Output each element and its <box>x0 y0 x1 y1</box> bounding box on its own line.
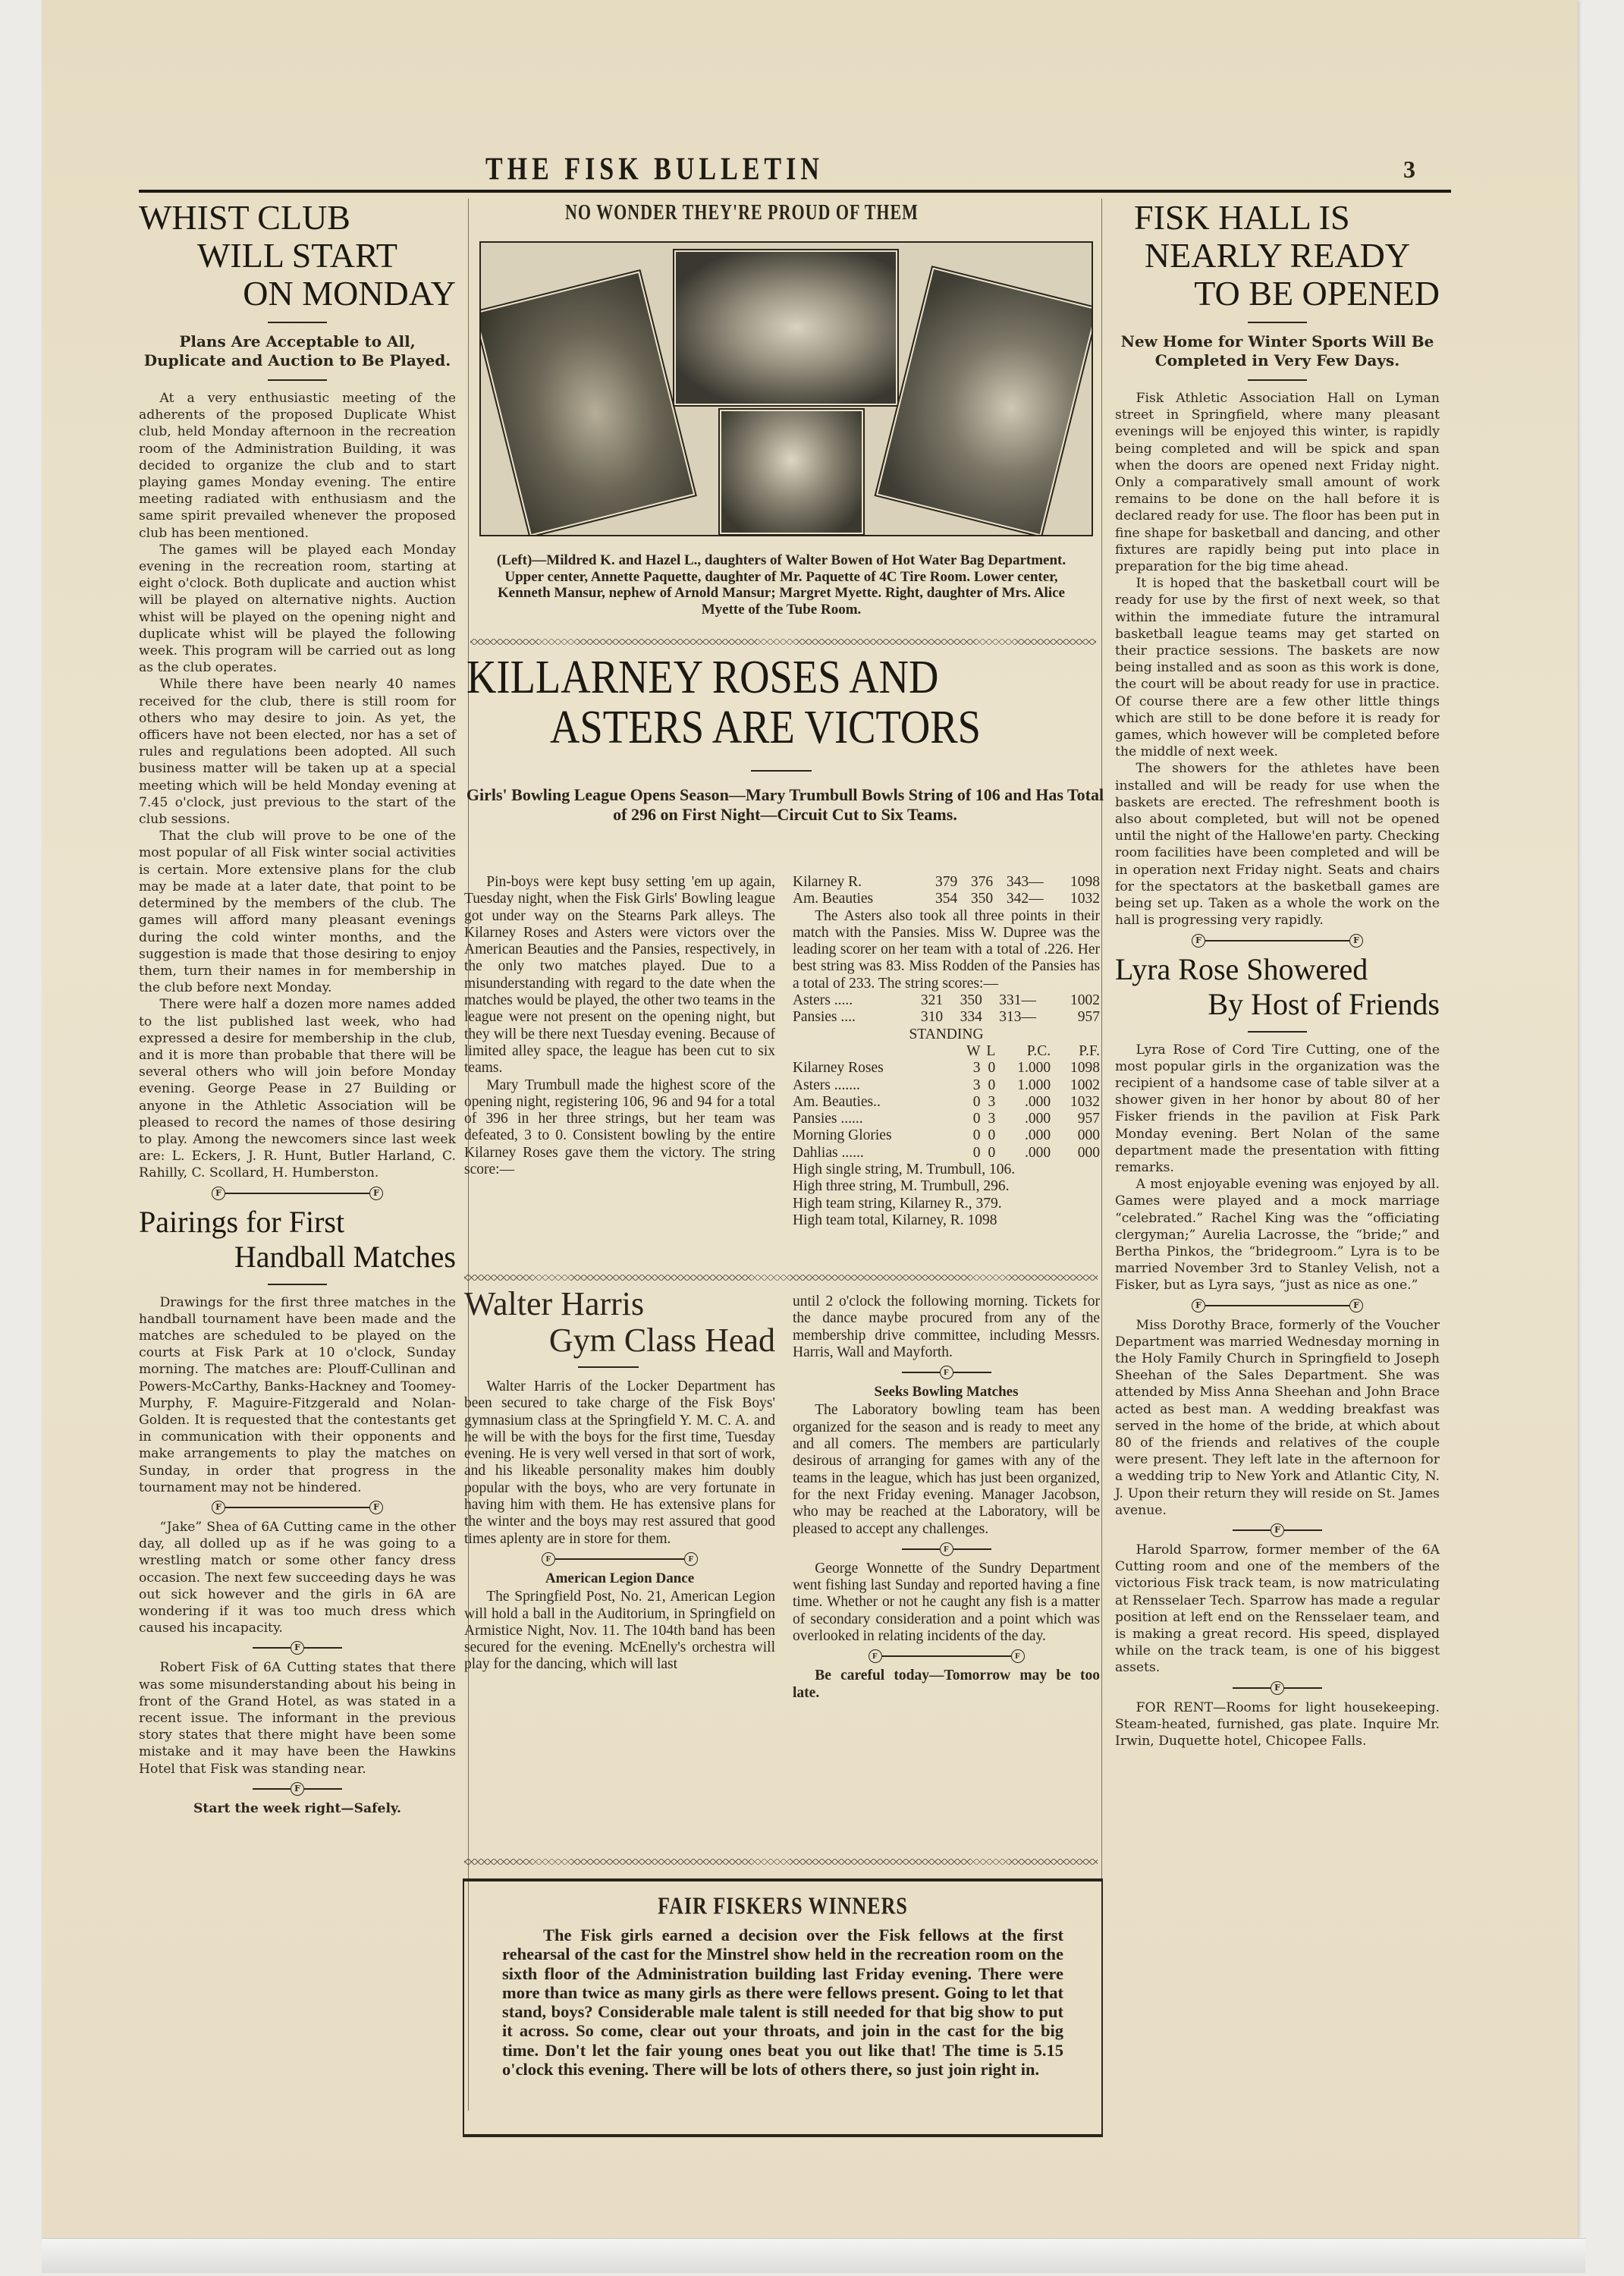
left-column: WHIST CLUB WILL START ON MONDAY Plans Ar… <box>139 199 456 1817</box>
table-row: Dahlias ......00.000000 <box>793 1145 1100 1162</box>
bowling-matches-headline: Seeks Bowling Matches <box>793 1384 1100 1400</box>
deck-rule <box>1248 379 1307 381</box>
page-number: 3 <box>1403 156 1415 184</box>
f-ornament-divider: F <box>139 1641 456 1655</box>
table-row: Asters .....321350331—1002 <box>793 992 1100 1009</box>
girl-with-doll-carriage-photo <box>876 267 1093 536</box>
fisk-hall-deck: New Home for Winter Sports Will Be Compl… <box>1115 332 1440 370</box>
right-column: FISK HALL IS NEARLY READY TO BE OPENED N… <box>1115 199 1440 1749</box>
high-scores: High single string, M. Trumbull, 106. Hi… <box>793 1162 1100 1229</box>
headline-rule <box>268 1284 327 1285</box>
table-row: Pansies ......03.000957 <box>793 1111 1100 1127</box>
f-ornament-divider: FF <box>139 1501 456 1514</box>
table-row: Am. Beauties..03.0001032 <box>793 1094 1100 1111</box>
masthead-rule <box>139 190 1451 193</box>
f-ornament-divider: FF <box>1115 1299 1440 1312</box>
f-ornament-divider: F <box>139 1782 456 1796</box>
column-divider-right <box>1101 199 1102 2111</box>
lyra-rose-headline: Lyra Rose Showered By Host of Friends <box>1115 952 1440 1022</box>
table-row: Kilarney R.379376343—1098 <box>793 874 1100 891</box>
table-row: Am. Beauties354350342—1032 <box>793 891 1100 907</box>
masthead-title: THE FISK BULLETIN <box>485 152 1016 188</box>
whist-club-deck: Plans Are Acceptable to All, Duplicate a… <box>139 332 456 370</box>
bowling-body-right: Kilarney R.379376343—1098 Am. Beauties35… <box>793 874 1100 1229</box>
handball-headline: Pairings for First Handball Matches <box>139 1205 456 1275</box>
wavy-divider <box>464 1275 1098 1281</box>
baby-in-carriage-photo <box>720 410 863 534</box>
f-ornament-divider: F <box>1115 1523 1440 1537</box>
table-row: Asters .......301.0001002 <box>793 1077 1100 1094</box>
handball-body: Drawings for the first three matches in … <box>139 1294 456 1496</box>
photo-caption: (Left)—Mildred K. and Hazel L., daughter… <box>478 552 1085 618</box>
safety-slogan-left: Start the week right—Safely. <box>139 1800 456 1817</box>
match2-score-table: Asters .....321350331—1002 Pansies ....3… <box>793 992 1100 1026</box>
fair-fiskers-body: The Fisk girls earned a decision over th… <box>502 1925 1063 2079</box>
headline-rule <box>1248 322 1307 323</box>
headline-rule <box>578 1366 639 1368</box>
photo-montage <box>479 241 1093 536</box>
fisk-hall-headline: FISK HALL IS NEARLY READY TO BE OPENED <box>1115 199 1440 313</box>
wavy-divider <box>464 1859 1098 1865</box>
deck-rule <box>268 379 327 381</box>
sparrow-item: Harold Sparrow, former member of the 6A … <box>1115 1542 1440 1677</box>
table-row: Pansies ....310334313—957 <box>793 1009 1100 1026</box>
fair-fiskers-box: FAIR FISKERS WINNERS The Fisk girls earn… <box>463 1878 1103 2137</box>
table-row: Kilarney Roses301.0001098 <box>793 1060 1100 1077</box>
table-header: WLP.C.P.F. <box>793 1043 1100 1060</box>
bowling-body-left: Pin-boys were kept busy setting 'em up a… <box>464 874 775 1178</box>
headline-rule <box>1248 1031 1307 1033</box>
legion-dance-headline: American Legion Dance <box>464 1570 775 1587</box>
fisk-hall-body: Fisk Athletic Association Hall on Lyman … <box>1115 390 1440 929</box>
bowling-deck: Girls' Bowling League Opens Season—Mary … <box>463 785 1107 825</box>
whist-club-body: At a very enthusiastic meeting of the ad… <box>139 390 456 1182</box>
photo-feature-headline: NO WONDER THEY'RE PROUD OF THEM <box>565 200 919 225</box>
safety-slogan-center: Be careful today—Tomorrow may be too lat… <box>793 1668 1100 1702</box>
f-ornament-divider: FF <box>1115 934 1440 948</box>
lyra-rose-body: Lyra Rose of Cord Tire Cutting, one of t… <box>1115 1042 1440 1294</box>
robert-fisk-item: Robert Fisk of 6A Cutting states that th… <box>139 1659 456 1777</box>
f-ornament-divider: FF <box>139 1187 456 1200</box>
wavy-divider <box>470 639 1096 645</box>
plastic-sleeve-edge <box>42 2238 1585 2273</box>
f-ornament-divider: FF <box>464 1552 775 1566</box>
jake-shea-item: “Jake” Shea of 6A Cutting came in the ot… <box>139 1519 456 1636</box>
walter-harris-headline: Walter Harris Gym Class Head <box>464 1286 775 1359</box>
f-ornament-divider: F <box>1115 1681 1440 1695</box>
table-row: Morning Glories00.000000 <box>793 1127 1100 1144</box>
f-ornament-divider: F <box>793 1366 1100 1379</box>
brace-wedding-item: Miss Dorothy Brace, formerly of the Vouc… <box>1115 1317 1440 1519</box>
match1-score-table: Kilarney R.379376343—1098 Am. Beauties35… <box>793 874 1100 908</box>
two-girls-seated-photo <box>479 271 695 536</box>
fair-fiskers-headline: FAIR FISKERS WINNERS <box>464 1893 1101 1920</box>
headline-rule <box>268 322 327 323</box>
whist-club-headline: WHIST CLUB WILL START ON MONDAY <box>139 199 456 313</box>
center-right-column: until 2 o'clock the following morning. T… <box>793 1294 1100 1702</box>
standing-title: STANDING <box>793 1026 1100 1043</box>
standing-table: WLP.C.P.F. Kilarney Roses301.0001098 Ast… <box>793 1043 1100 1162</box>
baby-lying-photo <box>674 250 897 405</box>
f-ornament-divider: FF <box>793 1649 1100 1663</box>
bowling-headline: KILLARNEY ROSES AND ASTERS ARE VICTORS <box>466 652 1107 753</box>
f-ornament-divider: F <box>793 1542 1100 1556</box>
walter-harris-column: Walter Harris Gym Class Head Walter Harr… <box>464 1286 775 1674</box>
for-rent-ad: FOR RENT—Rooms for light housekeeping. S… <box>1115 1699 1440 1750</box>
headline-rule <box>751 770 812 772</box>
